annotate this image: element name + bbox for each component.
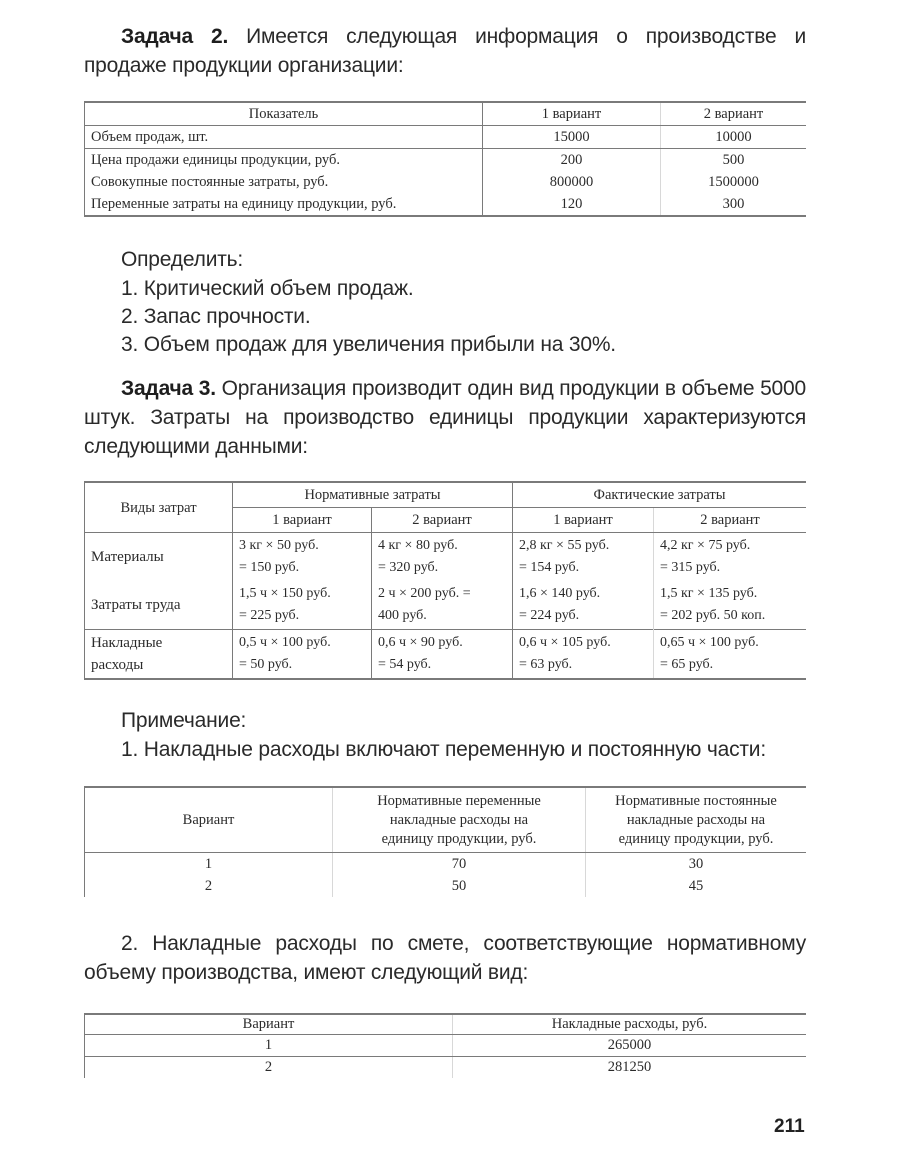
cell-line: = 154 руб. — [519, 557, 647, 579]
production-sales-table: Показатель 1 вариант 2 вариант Объем про… — [84, 101, 806, 217]
cell-line: = 315 руб. — [660, 557, 800, 579]
cell-value: 2,8 кг × 55 руб.= 154 руб. — [513, 533, 654, 582]
table-row: Совокупные постоянные затраты, руб. 8000… — [85, 171, 807, 193]
cell-value: 2 ч × 200 руб. =400 руб. — [372, 581, 513, 630]
column-header: 1 вариант — [483, 102, 661, 126]
cell-line: = 65 руб. — [660, 654, 800, 676]
row-label: Совокупные постоянные затраты, руб. — [85, 171, 483, 193]
cell-value: 1,5 ч × 150 руб.= 225 руб. — [233, 581, 372, 630]
header-line: накладные расходы на — [339, 811, 579, 830]
note-item-2-text: 2. Накладные расходы по смете, соответст… — [84, 932, 806, 984]
cell-value: 1500000 — [661, 171, 807, 193]
row-label: Объем продаж, шт. — [85, 126, 483, 149]
cell-line: 400 руб. — [378, 605, 506, 627]
table-row: 2 50 45 — [85, 875, 807, 897]
cell-value: 45 — [586, 875, 807, 897]
cell-value: 0,65 ч × 100 руб.= 65 руб. — [654, 630, 807, 680]
row-label: Затраты труда — [85, 581, 233, 630]
cell-line: = 320 руб. — [378, 557, 506, 579]
group-header: Нормативные затраты — [233, 482, 513, 508]
page-number: 211 — [774, 1116, 805, 1138]
variant-header: 2 вариант — [372, 508, 513, 533]
cell-value: 281250 — [453, 1057, 807, 1079]
cell-line: = 50 руб. — [239, 654, 365, 676]
table-row: Объем продаж, шт. 15000 10000 — [85, 126, 807, 149]
variant-header: 2 вариант — [654, 508, 807, 533]
table-row: Цена продажи единицы продукции, руб. 200… — [85, 149, 807, 172]
cell-line: 3 кг × 50 руб. — [239, 535, 365, 557]
column-header: 2 вариант — [661, 102, 807, 126]
task3-label: Задача 3. — [121, 377, 216, 400]
row-label-line: Накладные — [91, 632, 226, 654]
column-header: Нормативные постоянныенакладные расходы … — [586, 787, 807, 853]
column-header: Нормативные переменныенакладные расходы … — [333, 787, 586, 853]
cell-line: 2,8 кг × 55 руб. — [519, 535, 647, 557]
cell-value: 120 — [483, 193, 661, 216]
overhead-split-table: Вариант Нормативные переменныенакладные … — [84, 786, 806, 897]
question-item: 3. Объем продаж для увеличения прибыли н… — [121, 330, 616, 359]
table-row: Материалы 3 кг × 50 руб.= 150 руб. 4 кг … — [85, 533, 807, 582]
cell-line: 0,6 ч × 105 руб. — [519, 632, 647, 654]
cell-value: 1 — [85, 853, 333, 876]
cell-line: = 202 руб. 50 коп. — [660, 605, 800, 627]
cell-line: = 225 руб. — [239, 605, 365, 627]
note-item-1: 1. Накладные расходы включают переменную… — [121, 735, 766, 764]
group-header: Фактические затраты — [513, 482, 807, 508]
cell-value: 200 — [483, 149, 661, 172]
overhead-budget-table: Вариант Накладные расходы, руб. 1 265000… — [84, 1013, 806, 1078]
cell-value: 4 кг × 80 руб.= 320 руб. — [372, 533, 513, 582]
column-header: Вариант — [85, 1014, 453, 1035]
cell-line: 1,5 ч × 150 руб. — [239, 583, 365, 605]
cell-value: 15000 — [483, 126, 661, 149]
cell-line: = 54 руб. — [378, 654, 506, 676]
cell-line: = 150 руб. — [239, 557, 365, 579]
cell-value: 300 — [661, 193, 807, 216]
cell-line: 4 кг × 80 руб. — [378, 535, 506, 557]
task2-intro: Задача 2. Имеется следующая информация о… — [84, 22, 806, 80]
row-label: Цена продажи единицы продукции, руб. — [85, 149, 483, 172]
column-header: Накладные расходы, руб. — [453, 1014, 807, 1035]
cell-value: 70 — [333, 853, 586, 876]
note-item-2: 2. Накладные расходы по смете, соответст… — [84, 929, 806, 987]
task3-intro: Задача 3. Организация производит один ви… — [84, 374, 806, 461]
header-line: накладные расходы на — [592, 811, 800, 830]
cell-line: = 224 руб. — [519, 605, 647, 627]
row-label: Материалы — [85, 533, 233, 582]
header-line: единицу продукции, руб. — [592, 830, 800, 849]
cell-line: = 63 руб. — [519, 654, 647, 676]
cell-value: 0,6 ч × 90 руб.= 54 руб. — [372, 630, 513, 680]
cell-value: 2 — [85, 1057, 453, 1079]
cell-value: 10000 — [661, 126, 807, 149]
cell-value: 30 — [586, 853, 807, 876]
determine-label: Определить: — [121, 245, 243, 274]
cell-value: 50 — [333, 875, 586, 897]
cell-value: 1,6 × 140 руб.= 224 руб. — [513, 581, 654, 630]
row-label: Накладныерасходы — [85, 630, 233, 680]
column-header: Вариант — [85, 787, 333, 853]
cell-value: 265000 — [453, 1035, 807, 1057]
note-label: Примечание: — [121, 706, 246, 735]
cell-value: 0,5 ч × 100 руб.= 50 руб. — [233, 630, 372, 680]
question-item: 1. Критический объем продаж. — [121, 274, 414, 303]
cell-line: 1,6 × 140 руб. — [519, 583, 647, 605]
cell-value: 500 — [661, 149, 807, 172]
row-label-line: расходы — [91, 654, 226, 676]
variant-header: 1 вариант — [513, 508, 654, 533]
variant-header: 1 вариант — [233, 508, 372, 533]
table-row: Накладныерасходы 0,5 ч × 100 руб.= 50 ру… — [85, 630, 807, 680]
row-label: Переменные затраты на единицу продукции,… — [85, 193, 483, 216]
header-line: единицу продукции, руб. — [339, 830, 579, 849]
cost-types-table: Виды затрат Нормативные затраты Фактичес… — [84, 481, 806, 680]
table-row: Переменные затраты на единицу продукции,… — [85, 193, 807, 216]
cell-value: 0,6 ч × 105 руб.= 63 руб. — [513, 630, 654, 680]
task2-label: Задача 2. — [121, 25, 228, 48]
cell-line: 0,5 ч × 100 руб. — [239, 632, 365, 654]
cell-value: 2 — [85, 875, 333, 897]
cell-value: 4,2 кг × 75 руб.= 315 руб. — [654, 533, 807, 582]
cell-value: 1 — [85, 1035, 453, 1057]
question-item: 2. Запас прочности. — [121, 302, 310, 331]
header-line: Нормативные постоянные — [592, 792, 800, 811]
table-row: 2 281250 — [85, 1057, 807, 1079]
cell-line: 4,2 кг × 75 руб. — [660, 535, 800, 557]
table-row: Затраты труда 1,5 ч × 150 руб.= 225 руб.… — [85, 581, 807, 630]
table-row: 1 265000 — [85, 1035, 807, 1057]
cell-line: 1,5 кг × 135 руб. — [660, 583, 800, 605]
cell-line: 2 ч × 200 руб. = — [378, 583, 506, 605]
column-header: Виды затрат — [85, 482, 233, 533]
cell-value: 3 кг × 50 руб.= 150 руб. — [233, 533, 372, 582]
cell-line: 0,65 ч × 100 руб. — [660, 632, 800, 654]
column-header: Показатель — [85, 102, 483, 126]
cell-value: 800000 — [483, 171, 661, 193]
cell-line: 0,6 ч × 90 руб. — [378, 632, 506, 654]
cell-value: 1,5 кг × 135 руб.= 202 руб. 50 коп. — [654, 581, 807, 630]
table-row: 1 70 30 — [85, 853, 807, 876]
header-line: Нормативные переменные — [339, 792, 579, 811]
